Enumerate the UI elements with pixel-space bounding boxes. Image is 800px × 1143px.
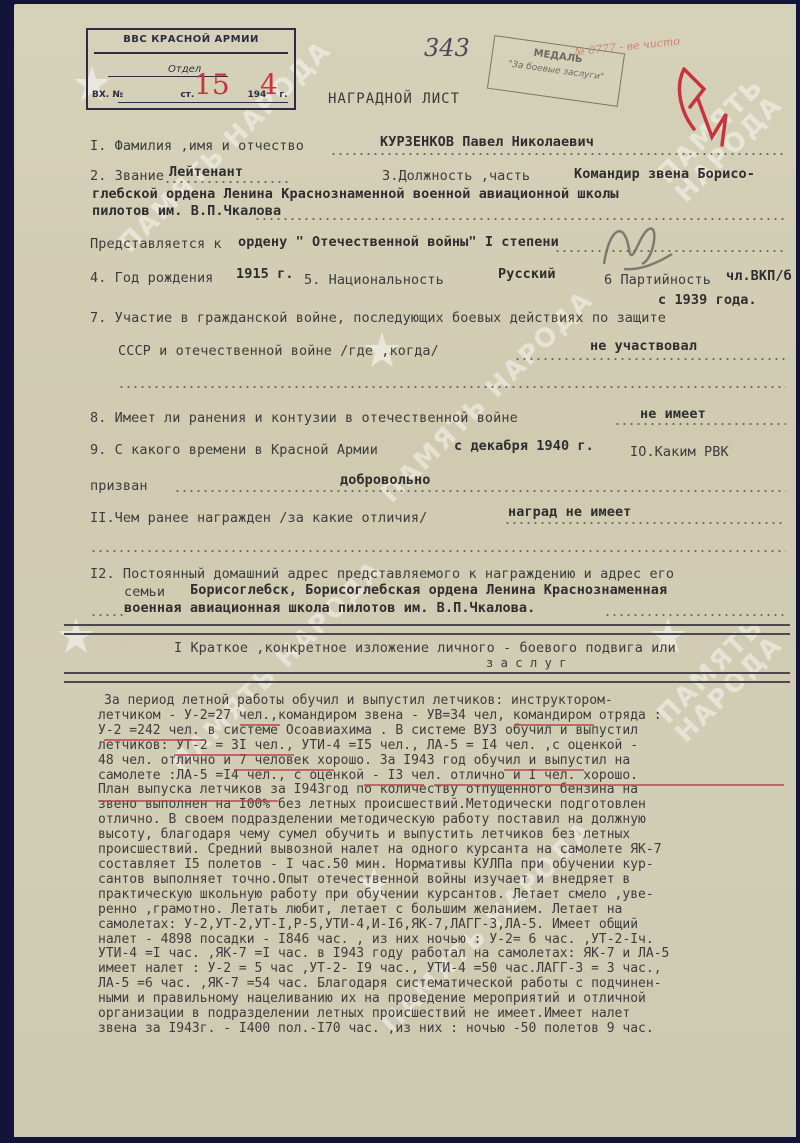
red-pencil-mark [654, 59, 744, 149]
narrative-line: ренно ,грамотно. Летать любит, летает с … [98, 903, 796, 918]
field-1-value: КУРЗЕНКОВ Павел Николаевич [380, 134, 594, 150]
narrative-line: происшествий. Средний вывозной налет на … [98, 843, 796, 858]
narrative-line: УТИ-4 =I час. ,ЯК-7 =I час. в I943 году … [98, 947, 796, 962]
field-1-label: I. Фамилия ,имя и отчество [90, 138, 304, 154]
field-2-label: 2. Звание [90, 168, 164, 184]
field-6-label: 6 Партийность [604, 272, 711, 288]
field-5-value: Русский [498, 266, 556, 282]
field-8-value: не имеет [640, 406, 706, 422]
field-6-value-line2: с 1939 года. [658, 292, 757, 308]
narrative-line: отлично. В своем подразделении методичес… [98, 813, 796, 828]
archive-number: 343 [424, 34, 470, 62]
stamp-incoming: ВХ. № ст. 194 г. [92, 90, 288, 100]
nominated-label: Представляется к [90, 236, 222, 252]
narrative-line: высоту, благодаря чему сумел обучить и в… [98, 828, 796, 843]
page-title: НАГРАДНОЙ ЛИСТ [328, 91, 460, 107]
narrative-line: самолете :ЛА-5 =I4 чел., с оценкой - I3 … [98, 769, 796, 784]
narrative-line: составляет I5 полетов - I час.50 мин. Но… [98, 858, 796, 873]
narrative-line: ЛА-5 =6 час. ,ЯК-7 =54 час. Благодаря си… [98, 977, 796, 992]
field-10-label-line2: призван [90, 478, 148, 494]
field-2-value: Лейтенант [169, 164, 243, 180]
nominated-value: ордену " Отечественной войны" I степени [238, 234, 559, 250]
narrative-line: практическую школьную работу при обучени… [98, 888, 796, 903]
field-12-label: I2. Постоянный домашний адрес представля… [90, 566, 674, 582]
narrative-line: организации в подразделении летных проис… [98, 1007, 796, 1022]
field-12-label-line2: семьи [124, 584, 165, 600]
field-11-value: наград не имеет [508, 504, 631, 520]
narrative-line: ными и правильному нацеливанию их на про… [98, 992, 796, 1007]
field-4-value: 1915 г. [236, 266, 294, 282]
narrative-line: сантов выполняет точно.Опыт отечественно… [98, 873, 796, 888]
field-3-value-line2: глебской ордена Ленина Краснознаменной в… [92, 186, 619, 202]
field-4-label: 4. Год рождения [90, 270, 213, 286]
star-icon [56, 616, 96, 656]
field-12-value-line1: Борисоглебск, Борисоглебская ордена Лени… [190, 582, 667, 598]
narrative-line: летчиком - У-2=27 чел.,командиром звена … [98, 709, 796, 724]
field-5-label: 5. Национальность [304, 272, 444, 288]
field-10-value: добровольно [340, 472, 431, 488]
red-handwritten-note: № 0777 - ве чисто [574, 34, 681, 58]
field-11-label: II.Чем ранее награжден /за какие отличия… [90, 510, 427, 526]
field-6-value: чл.ВКП/б [726, 268, 792, 284]
narrative-line: имеет налет : У-2 = 5 час ,УТ-2- I9 час.… [98, 962, 796, 977]
stamp-handwritten-day: 15 [194, 68, 230, 101]
narrative-line: звена за I943г. - I400 пол.-I70 час. ,из… [98, 1022, 796, 1037]
field-7-label: 7. Участие в гражданской войне, последую… [90, 310, 666, 326]
field-8-label: 8. Имеет ли ранения и контузии в отечест… [90, 410, 518, 426]
narrative-line: У-2 =242 чел. в системе Осоавиахима . В … [98, 724, 796, 739]
field-12-value-line2: военная авиационная школа пилотов им. В.… [124, 600, 535, 616]
section-heading-line2: з а с л у г [486, 656, 567, 670]
section-heading: I Краткое ,конкретное изложение личного … [174, 640, 676, 656]
field-7-label-line2: СССР и отечественной войне /где ,когда/ [118, 343, 439, 359]
stamp-header: ВВС КРАСНОЙ АРМИИ [88, 34, 294, 45]
award-sheet-page: ПАМЯТЬ НАРОДА ПАМЯТЬ НАРОДА ПАМЯТЬ НАРОД… [14, 4, 796, 1137]
field-3-value-line1: Командир звена Борисо- [574, 166, 755, 182]
narrative-line: налет - 4898 посадки - I846 час. , из ни… [98, 933, 796, 948]
narrative-line: За период летной работы обучил и выпусти… [104, 694, 796, 709]
field-9-value: с декабря 1940 г. [454, 438, 594, 454]
narrative-line: самолетах: У-2,УТ-2,УТ-I,Р-5,УТИ-4,И-I6,… [98, 918, 796, 933]
field-9-label: 9. С какого времени в Красной Армии [90, 442, 378, 458]
field-3-label: 3.Должность ,часть [382, 168, 530, 184]
stamp-handwritten-year: 4 [260, 68, 278, 101]
field-7-value: не участвовал [590, 338, 697, 354]
registration-stamp: ВВС КРАСНОЙ АРМИИ Отдел ВХ. № ст. 194 г.… [86, 28, 296, 110]
merit-narrative: За период летной работы обучил и выпусти… [104, 694, 796, 1037]
field-10-label: IO.Каким РВК [630, 444, 729, 460]
field-3-value-line3: пилотов им. В.П.Чкалова [92, 203, 281, 219]
